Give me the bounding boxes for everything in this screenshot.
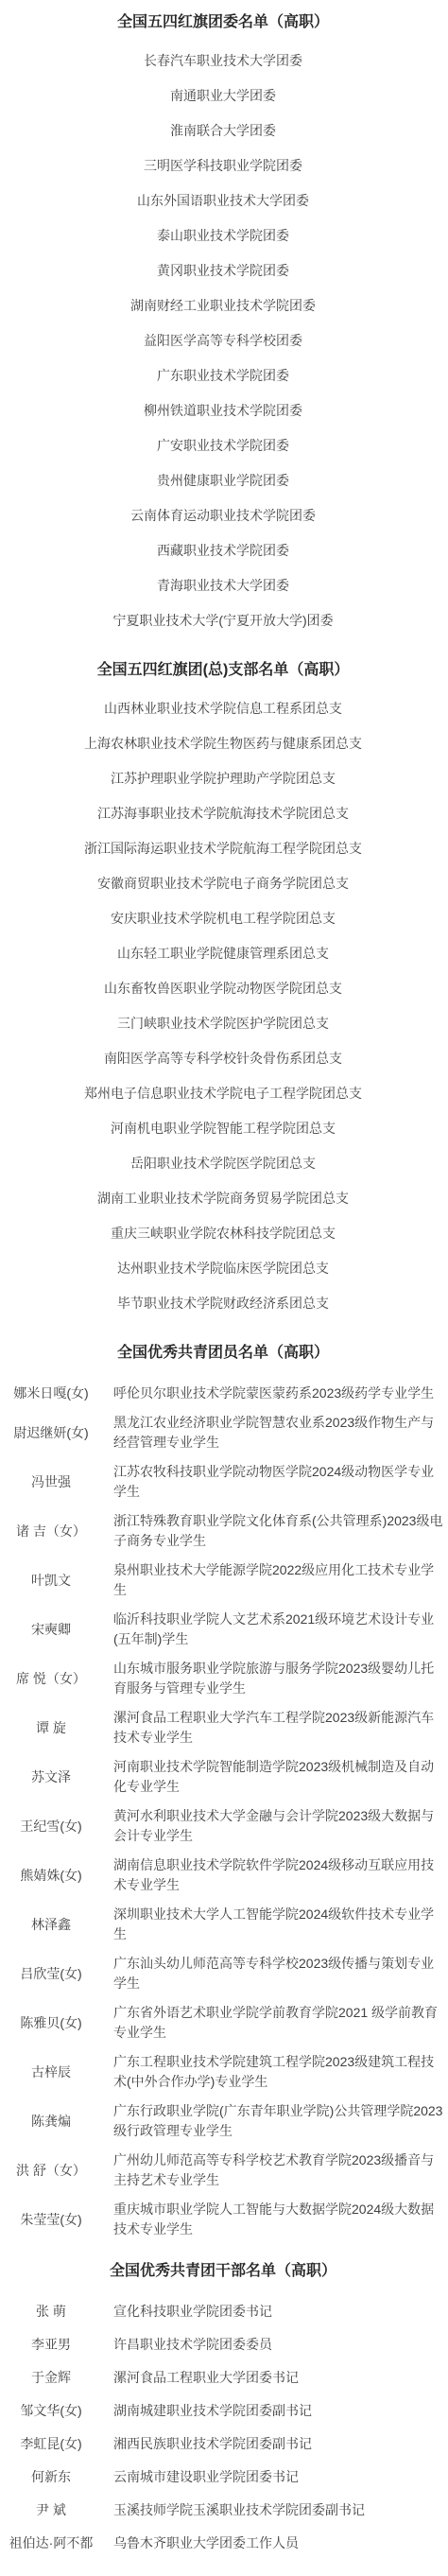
list-item: 湖南财经工业职业技术学院团委: [0, 288, 446, 323]
award-row: 席 悦（女） 山东城市服务职业学院旅游与服务学院2023级婴幼儿托育服务与管理专…: [0, 1659, 446, 1698]
awardee-description: 湖南城建职业技术学院团委副书记: [113, 2401, 446, 2421]
list-item: 上海农林职业技术学院生物医药与健康系团总支: [0, 726, 446, 761]
list-item: 安徽商贸职业技术学院电子商务学院团总支: [0, 866, 446, 901]
list-item: 山东畜牧兽医职业学院动物医学院团总支: [0, 971, 446, 1006]
award-row: 古梓辰 广东工程职业技术学院建筑工程学院2023级建筑工程技术(中外合作办学)专…: [0, 2052, 446, 2092]
section-body: 张 萌 宣化科技职业学院团委书记 李亚男 许昌职业技术学院团委委员 于金辉 漯河…: [0, 2292, 446, 2553]
awardee-name: 陈雅贝(女): [0, 2013, 102, 2033]
awardee-description: 广东省外语艺术职业学院学前教育学院2021 级学前教育专业学生: [113, 2003, 446, 2043]
award-row: 尉迟继妍(女) 黑龙江农业经济职业学院智慧农业系2023级作物生产与经营管理专业…: [0, 1413, 446, 1453]
awardee-description: 山东城市服务职业学院旅游与服务学院2023级婴幼儿托育服务与管理专业学生: [113, 1659, 446, 1698]
award-row: 陈雅贝(女) 广东省外语艺术职业学院学前教育学院2021 级学前教育专业学生: [0, 2003, 446, 2043]
awardee-name: 诸 吉（女）: [0, 1522, 102, 1541]
award-row: 谭 旋 漯河食品工程职业大学汽车工程学院2023级新能源汽车技术专业学生: [0, 1708, 446, 1748]
awardee-name: 张 萌: [0, 2302, 102, 2322]
awardee-name: 苏文泽: [0, 1767, 102, 1787]
award-row: 吕欣莹(女) 广东汕头幼儿师范高等专科学校2023级传播与策划专业学生: [0, 1954, 446, 1993]
awardee-description: 湖南信息职业技术学院软件学院2024级移动互联应用技术专业学生: [113, 1855, 446, 1895]
section: 全国优秀共青团员名单（高职） 娜米日嘎(女) 呼伦贝尔职业技术学院蒙医蒙药系20…: [0, 1342, 446, 2239]
awardee-name: 林泽鑫: [0, 1915, 102, 1935]
list-item: 山西林业职业技术学院信息工程系团总支: [0, 691, 446, 726]
list-item: 达州职业技术学院临床医学院团总支: [0, 1251, 446, 1286]
awardee-description: 黑龙江农业经济职业学院智慧农业系2023级作物生产与经营管理专业学生: [113, 1413, 446, 1453]
awardee-description: 江苏农牧科技职业学院动物医学院2024级动物医学专业学生: [113, 1462, 446, 1502]
award-row: 祖伯达·阿不都 乌鲁木齐职业大学团委工作人员: [0, 2533, 446, 2553]
awardee-description: 深圳职业技术大学人工智能学院2024级软件技术专业学生: [113, 1905, 446, 1944]
award-row: 尹 斌 玉溪技师学院玉溪职业技术学院团委副书记: [0, 2500, 446, 2520]
awardee-name: 陈龚煸: [0, 2112, 102, 2132]
awardee-name: 何新东: [0, 2467, 102, 2487]
awardee-description: 广东汕头幼儿师范高等专科学校2023级传播与策划专业学生: [113, 1954, 446, 1993]
list-item: 山东轻工职业学院健康管理系团总支: [0, 936, 446, 971]
section-title: 全国优秀共青团干部名单（高职）: [0, 2260, 446, 2283]
awardee-description: 河南职业技术学院智能制造学院2023级机械制造及自动化专业学生: [113, 1757, 446, 1797]
section-title: 全国五四红旗团委名单（高职）: [0, 11, 446, 34]
award-row: 陈龚煸 广东行政职业学院(广东青年职业学院)公共管理学院2023级行政管理专业学…: [0, 2101, 446, 2141]
section: 全国五四红旗团委名单（高职） 长春汽车职业技术大学团委 南通职业大学团委 淮南联…: [0, 11, 446, 638]
list-item: 长春汽车职业技术大学团委: [0, 44, 446, 78]
list-item: 黄冈职业技术学院团委: [0, 253, 446, 288]
awardee-description: 乌鲁木齐职业大学团委工作人员: [113, 2533, 446, 2553]
section: 全国优秀共青团干部名单（高职） 张 萌 宣化科技职业学院团委书记 李亚男 许昌职…: [0, 2260, 446, 2553]
awardee-description: 云南城市建设职业学院团委书记: [113, 2467, 446, 2487]
awardee-name: 宋奭卿: [0, 1620, 102, 1640]
awardee-description: 广东行政职业学院(广东青年职业学院)公共管理学院2023级行政管理专业学生: [113, 2101, 446, 2141]
list-item: 三门峡职业技术学院医护学院团总支: [0, 1006, 446, 1041]
section-title: 全国五四红旗团(总)支部名单（高职）: [0, 659, 446, 682]
list-item: 贵州健康职业学院团委: [0, 463, 446, 498]
awardee-name: 邹文华(女): [0, 2401, 102, 2421]
award-row: 李亚男 许昌职业技术学院团委委员: [0, 2335, 446, 2355]
list-item: 河南机电职业学院智能工程学院团总支: [0, 1111, 446, 1146]
award-row: 何新东 云南城市建设职业学院团委书记: [0, 2467, 446, 2487]
section-title: 全国优秀共青团员名单（高职）: [0, 1342, 446, 1365]
awardee-name: 李虹昆(女): [0, 2434, 102, 2454]
award-row: 诸 吉（女） 浙江特殊教育职业学院文化体育系(公共管理系)2023级电子商务专业…: [0, 1511, 446, 1551]
list-item: 广安职业技术学院团委: [0, 428, 446, 463]
awardee-name: 洪 舒（女）: [0, 2161, 102, 2181]
awardee-description: 玉溪技师学院玉溪职业技术学院团委副书记: [113, 2500, 446, 2520]
awardee-name: 熊婧姝(女): [0, 1866, 102, 1886]
list-item: 南通职业大学团委: [0, 78, 446, 113]
award-row: 王纪雪(女) 黄河水利职业技术大学金融与会计学院2023级大数据与会计专业学生: [0, 1806, 446, 1846]
list-item: 安庆职业技术学院机电工程学院团总支: [0, 901, 446, 936]
award-row: 冯世强 江苏农牧科技职业学院动物医学院2024级动物医学专业学生: [0, 1462, 446, 1502]
awardee-description: 广东工程职业技术学院建筑工程学院2023级建筑工程技术(中外合作办学)专业学生: [113, 2052, 446, 2092]
list-item: 西藏职业技术学院团委: [0, 533, 446, 568]
awardee-description: 临沂科技职业学院人文艺术系2021级环境艺术设计专业(五年制)学生: [113, 1610, 446, 1649]
awardee-name: 于金辉: [0, 2368, 102, 2388]
award-row: 洪 舒（女） 广州幼儿师范高等专科学校艺术教育学院2023级播音与主持艺术专业学…: [0, 2150, 446, 2190]
awardee-name: 李亚男: [0, 2335, 102, 2355]
awardee-name: 尹 斌: [0, 2500, 102, 2520]
awardee-name: 冯世强: [0, 1472, 102, 1492]
awardee-description: 呼伦贝尔职业技术学院蒙医蒙药系2023级药学专业学生: [113, 1384, 446, 1403]
awardee-name: 谭 旋: [0, 1718, 102, 1738]
awardee-description: 宣化科技职业学院团委书记: [113, 2302, 446, 2322]
list-item: 南阳医学高等专科学校针灸骨伤系团总支: [0, 1041, 446, 1076]
list-item: 重庆三峡职业学院农林科技学院团总支: [0, 1216, 446, 1251]
awardee-name: 尉迟继妍(女): [0, 1423, 102, 1443]
awardee-description: 黄河水利职业技术大学金融与会计学院2023级大数据与会计专业学生: [113, 1806, 446, 1846]
award-row: 邹文华(女) 湖南城建职业技术学院团委副书记: [0, 2401, 446, 2421]
section-body: 长春汽车职业技术大学团委 南通职业大学团委 淮南联合大学团委 三明医学科技职业学…: [0, 44, 446, 638]
awardee-description: 广州幼儿师范高等专科学校艺术教育学院2023级播音与主持艺术专业学生: [113, 2150, 446, 2190]
list-item: 三明医学科技职业学院团委: [0, 148, 446, 183]
award-row: 张 萌 宣化科技职业学院团委书记: [0, 2302, 446, 2322]
awardee-name: 叶凯文: [0, 1571, 102, 1591]
awardee-name: 吕欣莹(女): [0, 1964, 102, 1984]
list-item: 广东职业技术学院团委: [0, 358, 446, 393]
awardee-description: 重庆城市职业学院人工智能与大数据学院2024级大数据技术专业学生: [113, 2200, 446, 2239]
award-row: 熊婧姝(女) 湖南信息职业技术学院软件学院2024级移动互联应用技术专业学生: [0, 1855, 446, 1895]
award-row: 林泽鑫 深圳职业技术大学人工智能学院2024级软件技术专业学生: [0, 1905, 446, 1944]
awardee-description: 漯河食品工程职业大学汽车工程学院2023级新能源汽车技术专业学生: [113, 1708, 446, 1748]
awardee-name: 古梓辰: [0, 2063, 102, 2082]
list-item: 淮南联合大学团委: [0, 113, 446, 148]
list-item: 泰山职业技术学院团委: [0, 218, 446, 253]
awardee-description: 许昌职业技术学院团委委员: [113, 2335, 446, 2355]
awardee-name: 朱莹莹(女): [0, 2210, 102, 2230]
section-body: 山西林业职业技术学院信息工程系团总支 上海农林职业技术学院生物医药与健康系团总支…: [0, 691, 446, 1321]
award-row: 娜米日嘎(女) 呼伦贝尔职业技术学院蒙医蒙药系2023级药学专业学生: [0, 1384, 446, 1403]
award-row: 宋奭卿 临沂科技职业学院人文艺术系2021级环境艺术设计专业(五年制)学生: [0, 1610, 446, 1649]
list-item: 毕节职业技术学院财政经济系团总支: [0, 1286, 446, 1321]
list-item: 浙江国际海运职业技术学院航海工程学院团总支: [0, 831, 446, 866]
document: 全国五四红旗团委名单（高职） 长春汽车职业技术大学团委 南通职业大学团委 淮南联…: [0, 0, 448, 2576]
award-row: 于金辉 漯河食品工程职业大学团委书记: [0, 2368, 446, 2388]
list-item: 岳阳职业技术学院医学院团总支: [0, 1146, 446, 1181]
list-item: 郑州电子信息职业技术学院电子工程学院团总支: [0, 1076, 446, 1111]
awardee-name: 娜米日嘎(女): [0, 1384, 102, 1403]
section: 全国五四红旗团(总)支部名单（高职） 山西林业职业技术学院信息工程系团总支 上海…: [0, 659, 446, 1321]
awardee-name: 祖伯达·阿不都: [0, 2533, 102, 2553]
list-item: 山东外国语职业技术大学团委: [0, 183, 446, 218]
list-item: 青海职业技术大学团委: [0, 568, 446, 603]
list-item: 江苏护理职业学院护理助产学院团总支: [0, 761, 446, 796]
list-item: 江苏海事职业技术学院航海技术学院团总支: [0, 796, 446, 831]
awardee-description: 浙江特殊教育职业学院文化体育系(公共管理系)2023级电子商务专业学生: [113, 1511, 446, 1551]
award-row: 朱莹莹(女) 重庆城市职业学院人工智能与大数据学院2024级大数据技术专业学生: [0, 2200, 446, 2239]
awardee-description: 湘西民族职业技术学院团委副书记: [113, 2434, 446, 2454]
awardee-description: 漯河食品工程职业大学团委书记: [113, 2368, 446, 2388]
list-item: 益阳医学高等专科学校团委: [0, 323, 446, 358]
list-item: 湖南工业职业技术学院商务贸易学院团总支: [0, 1181, 446, 1216]
awardee-name: 席 悦（女）: [0, 1669, 102, 1689]
award-row: 李虹昆(女) 湘西民族职业技术学院团委副书记: [0, 2434, 446, 2454]
award-row: 叶凯文 泉州职业技术大学能源学院2022级应用化工技术专业学生: [0, 1560, 446, 1600]
award-row: 苏文泽 河南职业技术学院智能制造学院2023级机械制造及自动化专业学生: [0, 1757, 446, 1797]
section-body: 娜米日嘎(女) 呼伦贝尔职业技术学院蒙医蒙药系2023级药学专业学生 尉迟继妍(…: [0, 1374, 446, 2239]
awardee-description: 泉州职业技术大学能源学院2022级应用化工技术专业学生: [113, 1560, 446, 1600]
list-item: 柳州铁道职业技术学院团委: [0, 393, 446, 428]
list-item: 宁夏职业技术大学(宁夏开放大学)团委: [0, 603, 446, 638]
awardee-name: 王纪雪(女): [0, 1817, 102, 1836]
list-item: 云南体育运动职业技术学院团委: [0, 498, 446, 533]
